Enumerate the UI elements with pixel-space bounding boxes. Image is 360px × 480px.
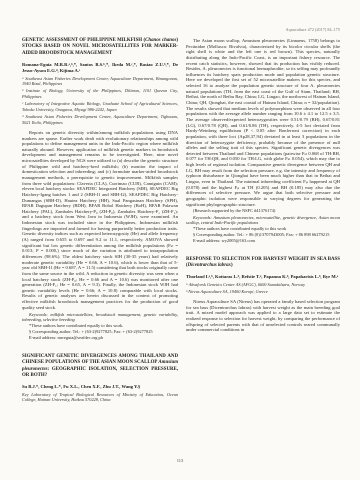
journal-page: Aquaculture 472 (2017) 84–175 GENETIC AS… xyxy=(0,0,360,480)
seabass-abstract-body-start: Nireus Aquaculture SA (Nireus) has opera… xyxy=(186,299,340,333)
scallop-email-address: E-mail address: wy2005@163.com xyxy=(186,238,340,244)
milkfish-affiliation-c: ᶜ Laboratory of Integrative Aquatic Biol… xyxy=(22,101,178,112)
scallop-abstract-title: SIGNIFICANT GENETIC DIVERGENCES AMONG TH… xyxy=(22,354,178,380)
milkfish-species-name: Chanos chanos xyxy=(145,38,176,43)
seabass-species-name: Dicentrarchus labrax xyxy=(188,263,231,268)
milkfish-equal-contribution-note: *These authors have contributed equally … xyxy=(22,323,178,329)
scallop-title-text: SIGNIFICANT GENETIC DIVERGENCES AMONG TH… xyxy=(22,354,178,365)
running-head: Aquaculture 472 (2017) 84–175 xyxy=(286,27,340,32)
milkfish-title-text: GENETIC ASSESSMENT OF PHILIPPINE MILKFIS… xyxy=(22,38,145,43)
milkfish-affiliation-d: ᵈ Southeast Asian Fisheries Development … xyxy=(22,114,178,125)
seabass-affiliation-a: ᵃ Akvaforsk Genetics Center AS (AFGC), 6… xyxy=(186,282,340,288)
left-column: GENETIC ASSESSMENT OF PHILIPPINE MILKFIS… xyxy=(22,38,178,403)
scallop-abstract-body: The Asian moon scallop, Amusium pleurone… xyxy=(186,38,340,207)
milkfish-abstract-title: GENETIC ASSESSMENT OF PHILIPPINE MILKFIS… xyxy=(22,38,178,57)
milkfish-affiliation-b: ᵇ Institute of Biology, University of th… xyxy=(22,88,178,99)
scallop-funding-note: (Research supported by the NSFC #4137617… xyxy=(186,208,340,214)
milkfish-keywords: Keywords: milkfish microsatellites, broo… xyxy=(22,312,178,323)
scallop-affiliation: Key Laboratory of Tropical Biological Re… xyxy=(22,392,178,403)
milkfish-authors: Romana-Eguia M.R.R.ᵃ,ᵇ,*, Santos B.S.ᵇ,*… xyxy=(22,62,178,74)
milkfish-abstract-body: Reports on genetic diversity within/amon… xyxy=(22,130,178,311)
scallop-equal-contribution-note: *These authors have contributed equally … xyxy=(186,226,340,232)
milkfish-corresponding-author-note: § Corresponding author. Tel.: + (63-2)92… xyxy=(22,329,178,335)
milkfish-email-address: E-mail address: mrreguia@seafdec.org.ph xyxy=(22,335,178,341)
seabass-abstract-title: RESPONSE TO SELECTION FOR HARVEST WEIGHT… xyxy=(186,257,340,270)
scallop-authors: Su B.J.*, Cheng L.*, Fu X.L., Chen X.F.,… xyxy=(22,384,178,390)
milkfish-affiliation-a: ᵃ Southeast Asian Fisheries Development … xyxy=(22,76,178,87)
seabass-authors: Thorland I.ᵃ,ᵇ, Kottaras L.ᵇ, Refstie T.… xyxy=(186,274,340,280)
scallop-keywords: Keywords: Amusium pleuronectes, microsat… xyxy=(186,215,340,226)
scallop-corresponding-author-note: § Corresponding author. Tel.: + 86 (0)13… xyxy=(186,232,340,238)
page-number: 113 xyxy=(0,458,360,463)
right-column: The Asian moon scallop, Amusium pleurone… xyxy=(186,38,340,333)
seabass-title-text-end: ) xyxy=(231,263,233,268)
seabass-affiliation-b: ᵇ Nireus Aquaculture SA, 19400 Koropi, G… xyxy=(186,289,340,295)
